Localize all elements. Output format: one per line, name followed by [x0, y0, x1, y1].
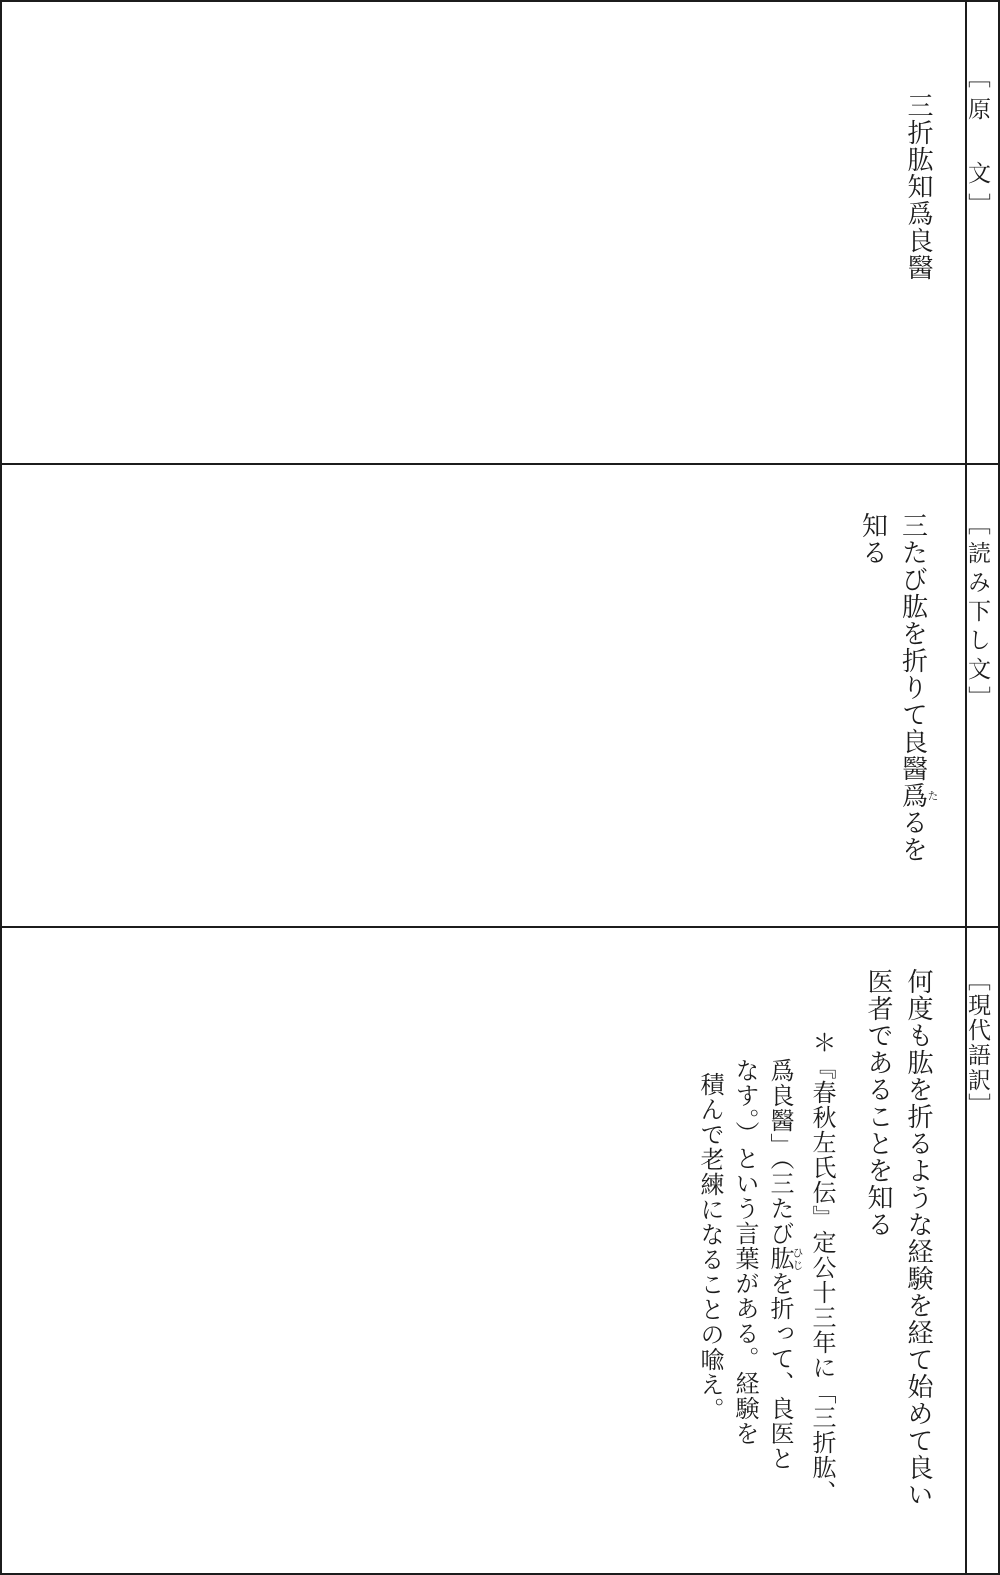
original-text-body: 三折肱知爲良醫: [898, 92, 938, 281]
section-reading-text: ［読み下し文］ 三たび肱を折りて良醫爲たるを知る: [2, 465, 998, 928]
label-column-divider: [965, 2, 967, 1573]
document-page: ［原 文］ 三折肱知爲良醫 ［読み下し文］ 三たび肱を折りて良醫爲たるを知る ［…: [0, 0, 1000, 1575]
translation-source-note: ＊『春秋左氏伝』定公十三年に「三折肱、爲良醫」（三たび肱ひじを折って、良医となす…: [691, 1030, 838, 1505]
section-original-text: ［原 文］ 三折肱知爲良醫: [2, 2, 998, 465]
section-modern-translation: ［現代語訳］ 何度も肱を折るような経験を経て始めて良い医者であることを知る ＊『…: [2, 928, 998, 1569]
reading-text-body: 三たび肱を折りて良醫爲たるを知る: [853, 512, 939, 863]
modern-translation-body: 何度も肱を折るような経験を経て始めて良い医者であることを知る: [858, 968, 938, 1508]
